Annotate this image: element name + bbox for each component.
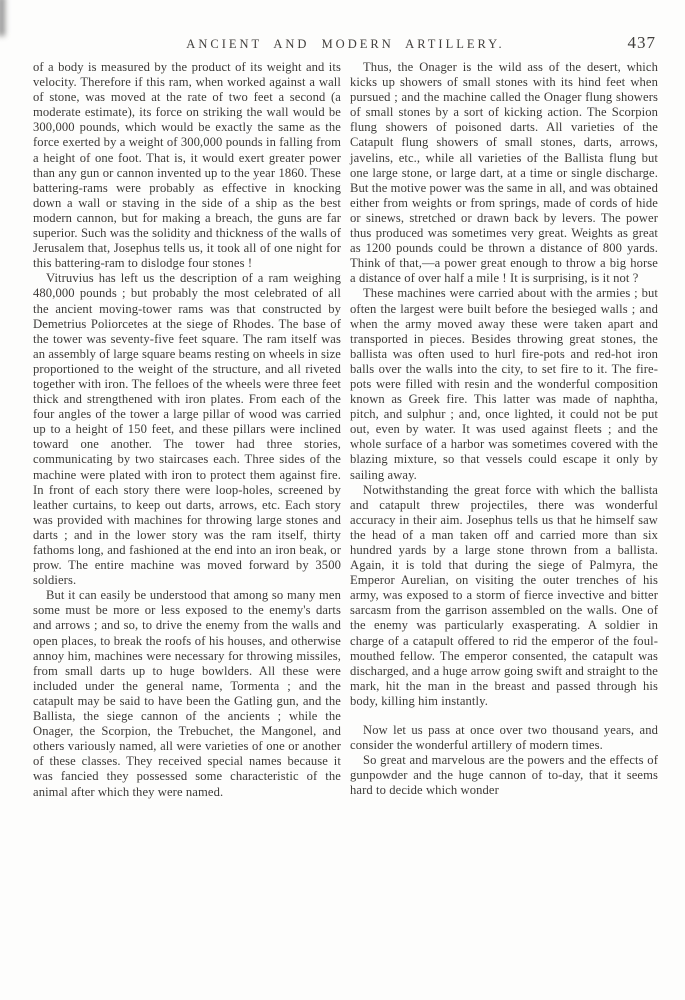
paragraph: So great and marvelous are the powers an… [350,753,658,798]
book-page: ANCIENT AND MODERN ARTILLERY. 437 of a b… [0,0,685,1000]
paragraph: Notwithstanding the great force with whi… [350,483,658,709]
paragraph-section-start: Now let us pass at once over two thousan… [350,723,658,753]
right-column: Thus, the Onager is the wild ass of the … [350,60,658,800]
text-columns: of a body is measured by the product of … [33,60,658,800]
left-column: of a body is measured by the product of … [33,60,341,800]
running-head: ANCIENT AND MODERN ARTILLERY. 437 [33,33,658,55]
paragraph: Vitruvius has left us the description of… [33,271,341,588]
page-title: ANCIENT AND MODERN ARTILLERY. [33,37,658,52]
page-number: 437 [628,33,657,53]
paragraph: These machines were carried about with t… [350,286,658,482]
paragraph-continuation: of a body is measured by the product of … [33,60,341,271]
paragraph: Thus, the Onager is the wild ass of the … [350,60,658,286]
scan-artifact [0,0,5,36]
paragraph: But it can easily be understood that amo… [33,588,341,799]
